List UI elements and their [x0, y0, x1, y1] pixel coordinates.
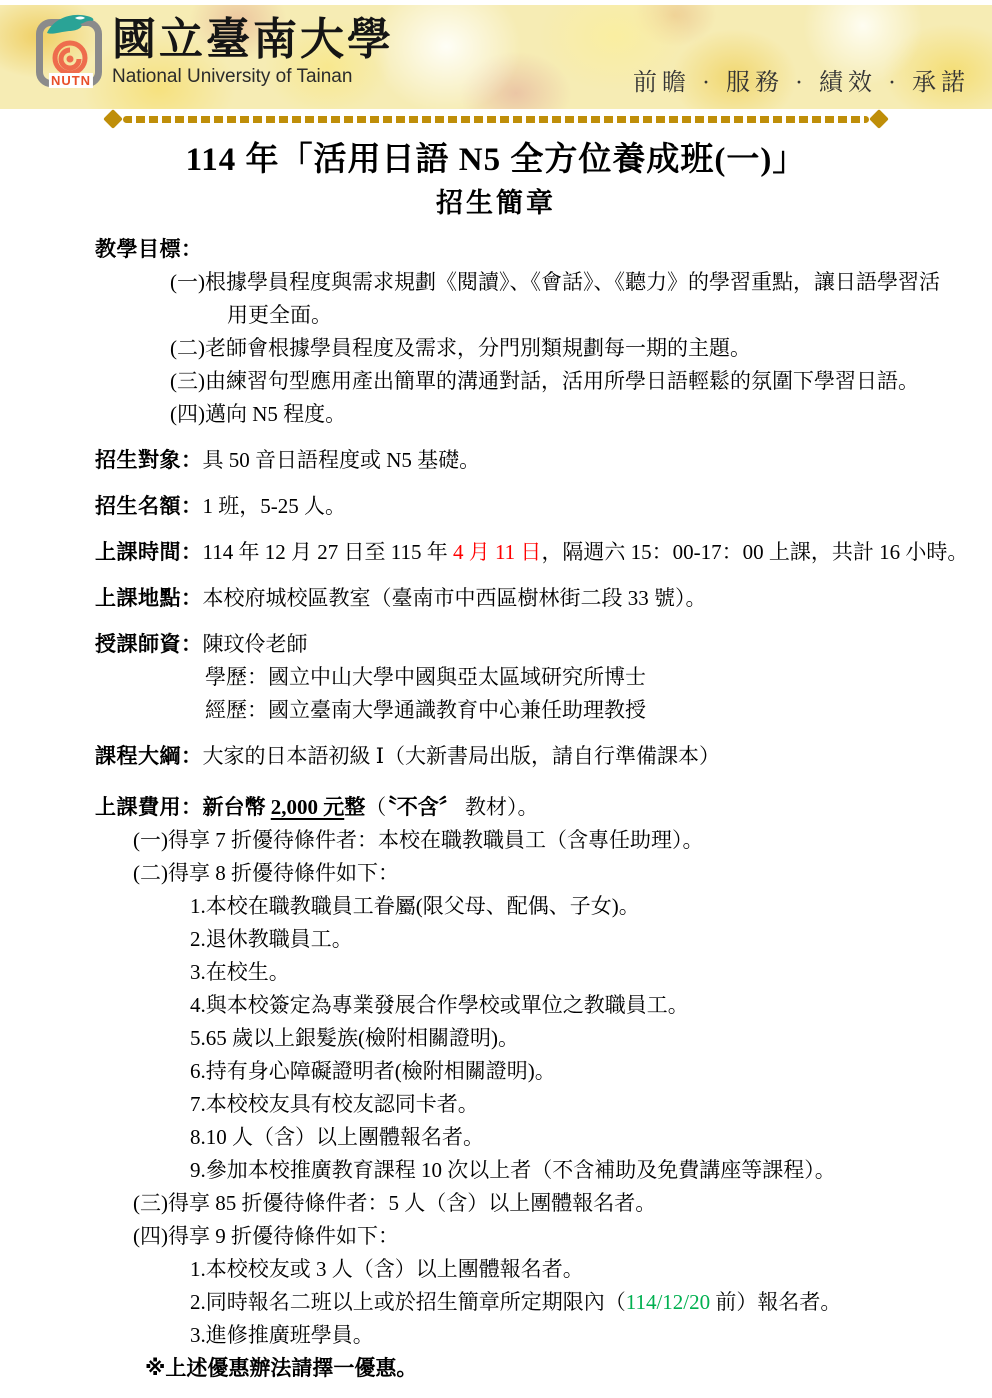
goal-item-3: (三)由練習句型應用產出簡單的溝通對話，活用所學日語輕鬆的氛圍下學習日語。: [170, 365, 955, 398]
section-fee: 上課費用：新台幣 2,000 元整（〝不含〞 教材）。 (一)得享 7 折優待條…: [95, 791, 955, 1385]
goal-item-4: (四)邁向 N5 程度。: [170, 398, 955, 431]
discount-80-item-8: 8.10 人（含）以上團體報名者。: [190, 1121, 955, 1154]
fee-line: 上課費用：新台幣 2,000 元整（〝不含〞 教材）。: [95, 791, 955, 824]
syllabus-value: 大家的日本語初級 Ⅰ（大新書局出版，請自行準備課本）: [203, 744, 721, 768]
discount-80-item-6: 6.持有身心障礙證明者(檢附相關證明)。: [190, 1055, 955, 1088]
discount-80-item-7: 7.本校校友具有校友認同卡者。: [190, 1088, 955, 1121]
discount-90-item-2: 2.同時報名二班以上或於招生簡章所定期限內（114/12/20 前）報名者。: [190, 1286, 955, 1319]
quota-value: 1 班，5-25 人。: [203, 494, 347, 518]
discount-80-item-3: 3.在校生。: [190, 956, 955, 989]
fee-paren-close: 教材）。: [460, 795, 539, 819]
discount-80-item-9: 9.參加本校推廣教育課程 10 次以上者（不含補助及免費講座等課程）。: [190, 1154, 955, 1187]
divider-diamond-left-icon: [103, 109, 123, 129]
document-subtitle: 招生簡章: [0, 183, 992, 223]
teacher-name: 陳玟伶老師: [203, 632, 308, 656]
fee-currency: 新台幣: [203, 795, 271, 819]
teacher-education: 學歷：國立中山大學中國與亞太區域研究所博士: [205, 661, 955, 694]
divider-dotted-line: [123, 116, 869, 123]
goal-item-2: (二)老師會根據學員程度及需求，分門別類規劃每一期的主題。: [170, 332, 955, 365]
discount-70: (一)得享 7 折優待條件者：本校在職教職員工（含專任助理）。: [133, 824, 955, 857]
goal-item-1-wrap: 用更全面。: [227, 299, 955, 332]
university-name-english: National University of Tainan: [112, 65, 394, 89]
document-body: 教學目標： (一)根據學員程度與需求規劃《閱讀》、《會話》、《聽力》的學習重點，…: [95, 233, 955, 1385]
university-slogan: 前瞻 · 服務 · 績效 · 承諾: [633, 62, 970, 97]
university-name-chinese: 國立臺南大學: [112, 15, 394, 65]
goal-item-1: (一)根據學員程度與需求規劃《閱讀》、《會話》、《聽力》的學習重點，讓日語學習活: [170, 266, 955, 299]
section-label: 教學目標：: [95, 233, 955, 266]
decorative-divider: [106, 111, 886, 127]
target-line: 招生對象：具 50 音日語程度或 N5 基礎。: [95, 444, 955, 477]
fee-not-included: 〝不含〞: [386, 795, 460, 819]
logo-acronym-text: NUTN: [49, 73, 93, 88]
section-teaching-goals: 教學目標： (一)根據學員程度與需求規劃《閱讀》、《會話》、《聽力》的學習重點，…: [95, 233, 955, 431]
discount-90-item-3: 3.進修推廣班學員。: [190, 1319, 955, 1352]
university-names: 國立臺南大學 National University of Tainan: [112, 15, 394, 89]
section-quota: 招生名額：1 班，5-25 人。: [95, 490, 955, 523]
course-title: 114 年「活用日語 N5 全方位養成班(一)」: [0, 137, 992, 183]
section-class-time: 上課時間：114 年 12 月 27 日至 115 年 4 月 11 日，隔週六…: [95, 536, 955, 569]
fee-amount: 2,000 元: [271, 795, 345, 819]
brochure-page: NUTN 國立臺南大學 National University of Taina…: [0, 0, 992, 1398]
location-value: 本校府城校區教室（臺南市中西區樹林街二段 33 號）。: [203, 586, 707, 610]
discount-85: (三)得享 85 折優待條件者：5 人（含）以上團體報名者。: [133, 1187, 955, 1220]
section-target-audience: 招生對象：具 50 音日語程度或 N5 基礎。: [95, 444, 955, 477]
discount-90-header: (四)得享 9 折優待條件如下：: [133, 1220, 955, 1253]
sun-rings-icon: [51, 38, 89, 78]
discount-80-header: (二)得享 8 折優待條件如下：: [133, 857, 955, 890]
document-titles: 114 年「活用日語 N5 全方位養成班(一)」 招生簡章: [0, 137, 992, 223]
teacher-experience: 經歷：國立臺南大學通識教育中心兼任助理教授: [205, 694, 955, 727]
teacher-line: 授課師資：陳玟伶老師: [95, 628, 955, 661]
quota-line: 招生名額：1 班，5-25 人。: [95, 490, 955, 523]
discount-90-item-1: 1.本校校友或 3 人（含）以上團體報名者。: [190, 1253, 955, 1286]
discount-80-item-4: 4.與本校簽定為專業發展合作學校或單位之教職員工。: [190, 989, 955, 1022]
phoenix-bird-icon: [45, 11, 97, 37]
fee-paren-open: （: [365, 795, 386, 819]
syllabus-line: 課程大綱：大家的日本語初級 Ⅰ（大新書局出版，請自行準備課本）: [95, 740, 955, 773]
fee-amount-suffix: 整: [344, 795, 365, 819]
time-part3: ，隔週六 15：00-17：00 上課，共計 16 小時。: [541, 540, 968, 564]
time-part1: 114 年 12 月 27 日至 115 年: [203, 540, 453, 564]
discount-80-item-1: 1.本校在職教職員工眷屬(限父母、配偶、子女)。: [190, 890, 955, 923]
location-line: 上課地點：本校府城校區教室（臺南市中西區樹林街二段 33 號）。: [95, 582, 955, 615]
deadline-date-highlight: 114/12/20: [626, 1290, 710, 1314]
discount-90-item-2-post: 前）報名者。: [710, 1290, 841, 1314]
time-end-date-highlight: 4 月 11 日: [453, 540, 541, 564]
discount-90-item-2-pre: 2.同時報名二班以上或於招生簡章所定期限內（: [190, 1290, 626, 1314]
discount-80-item-5: 5.65 歲以上銀髮族(檢附相關證明)。: [190, 1022, 955, 1055]
section-location: 上課地點：本校府城校區教室（臺南市中西區樹林街二段 33 號）。: [95, 582, 955, 615]
discount-note: ※上述優惠辦法請擇一優惠。: [145, 1352, 955, 1385]
time-line: 上課時間：114 年 12 月 27 日至 115 年 4 月 11 日，隔週六…: [95, 536, 955, 569]
discount-80-item-2: 2.退休教職員工。: [190, 923, 955, 956]
section-teacher: 授課師資：陳玟伶老師 學歷：國立中山大學中國與亞太區域研究所博士 經歷：國立臺南…: [95, 628, 955, 727]
section-syllabus: 課程大綱：大家的日本語初級 Ⅰ（大新書局出版，請自行準備課本）: [95, 740, 955, 773]
divider-diamond-right-icon: [869, 109, 889, 129]
target-value: 具 50 音日語程度或 N5 基礎。: [203, 448, 481, 472]
nutn-logo: NUTN: [36, 13, 106, 89]
university-banner: NUTN 國立臺南大學 National University of Taina…: [0, 5, 992, 109]
